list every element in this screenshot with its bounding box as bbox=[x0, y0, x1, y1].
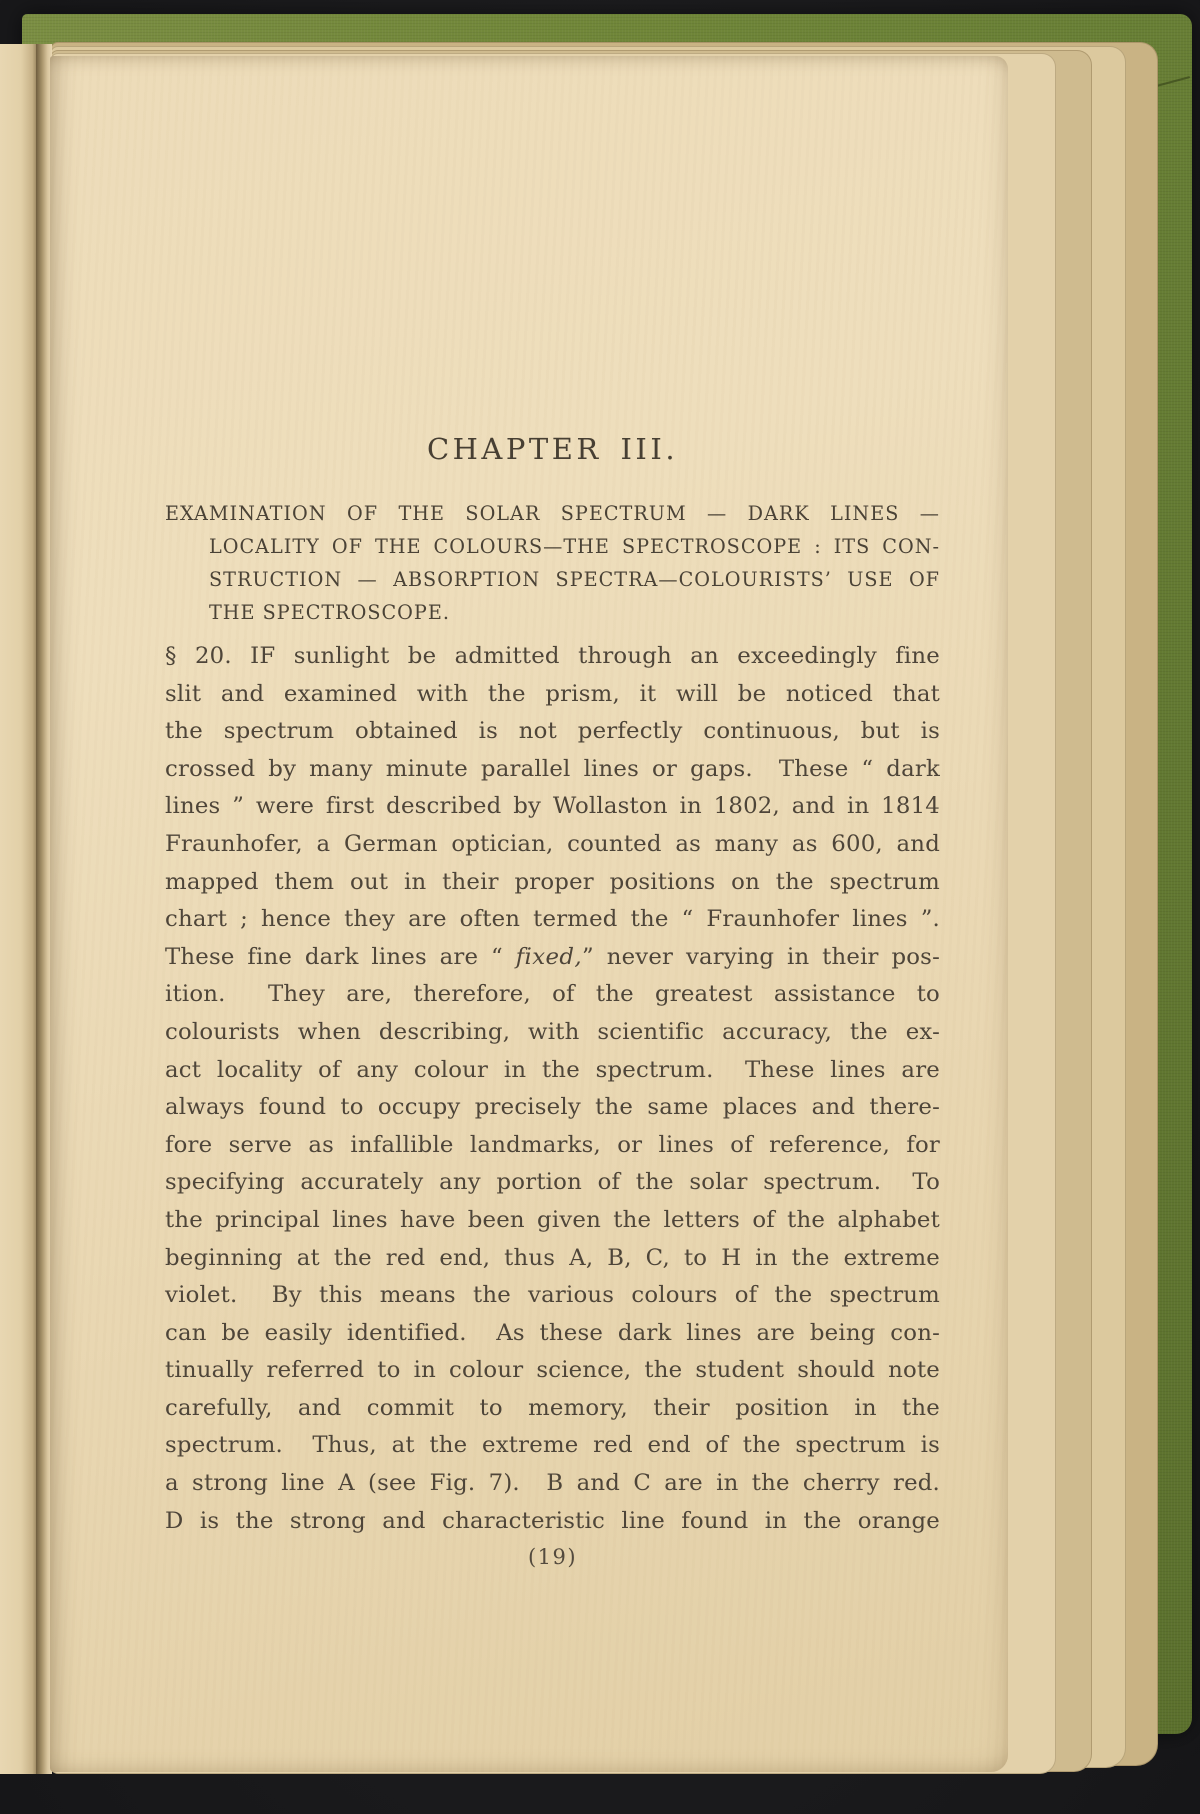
body-line: the spectrum obtained is not perfectly c… bbox=[165, 713, 940, 751]
facing-page-sliver bbox=[0, 44, 38, 1774]
page-number: (19) bbox=[165, 1545, 940, 1569]
body-line: crossed by many minute parallel lines or… bbox=[165, 751, 940, 789]
body-line: act locality of any colour in the spectr… bbox=[165, 1052, 940, 1090]
heading-line: EXAMINATION OF THE SOLAR SPECTRUM — DARK… bbox=[165, 497, 940, 530]
body-line: the principal lines have been given the … bbox=[165, 1202, 940, 1240]
heading-line: STRUCTION — ABSORPTION SPECTRA—COLOURIST… bbox=[165, 563, 940, 596]
italic-word-fixed: fixed, bbox=[516, 944, 582, 970]
body-line-segment: These fine dark lines are “ bbox=[165, 944, 516, 970]
heading-line: THE SPECTROSCOPE. bbox=[165, 596, 940, 629]
body-line: violet. By this means the various colour… bbox=[165, 1277, 940, 1315]
body-line: ition. They are, therefore, of the great… bbox=[165, 976, 940, 1014]
body-line-with-italic: These fine dark lines are “ fixed,” neve… bbox=[165, 939, 940, 977]
body-line: fore serve as infallible landmarks, or l… bbox=[165, 1127, 940, 1165]
book-page: CHAPTER III. EXAMINATION OF THE SOLAR SP… bbox=[50, 56, 1008, 1772]
chapter-title: CHAPTER III. bbox=[165, 432, 940, 466]
body-text: § 20. IF sunlight be admitted through an… bbox=[165, 638, 940, 1540]
body-line-segment: ” never varying in their pos- bbox=[582, 944, 940, 970]
body-line: specifying accurately any portion of the… bbox=[165, 1164, 940, 1202]
body-line: tinually referred to in colour science, … bbox=[165, 1352, 940, 1390]
body-line: always found to occupy precisely the sam… bbox=[165, 1089, 940, 1127]
body-line: lines ” were first described by Wollasto… bbox=[165, 788, 940, 826]
body-line: carefully, and commit to memory, their p… bbox=[165, 1390, 940, 1428]
body-line: beginning at the red end, thus A, B, C, … bbox=[165, 1240, 940, 1278]
body-line: § 20. IF sunlight be admitted through an… bbox=[165, 638, 940, 676]
body-line: slit and examined with the prism, it wil… bbox=[165, 676, 940, 714]
body-line: Fraunhofer, a German optician, counted a… bbox=[165, 826, 940, 864]
body-line: chart ; hence they are often termed the … bbox=[165, 901, 940, 939]
body-line: colourists when describing, with scienti… bbox=[165, 1014, 940, 1052]
body-line: a strong line A (see Fig. 7). B and C ar… bbox=[165, 1465, 940, 1503]
body-line: D is the strong and characteristic line … bbox=[165, 1503, 940, 1541]
body-line: spectrum. Thus, at the extreme red end o… bbox=[165, 1427, 940, 1465]
heading-line: LOCALITY OF THE COLOURS—THE SPECTROSCOPE… bbox=[165, 530, 940, 563]
body-line: can be easily identified. As these dark … bbox=[165, 1315, 940, 1353]
body-line: mapped them out in their proper position… bbox=[165, 864, 940, 902]
chapter-heading: EXAMINATION OF THE SOLAR SPECTRUM — DARK… bbox=[165, 497, 940, 629]
